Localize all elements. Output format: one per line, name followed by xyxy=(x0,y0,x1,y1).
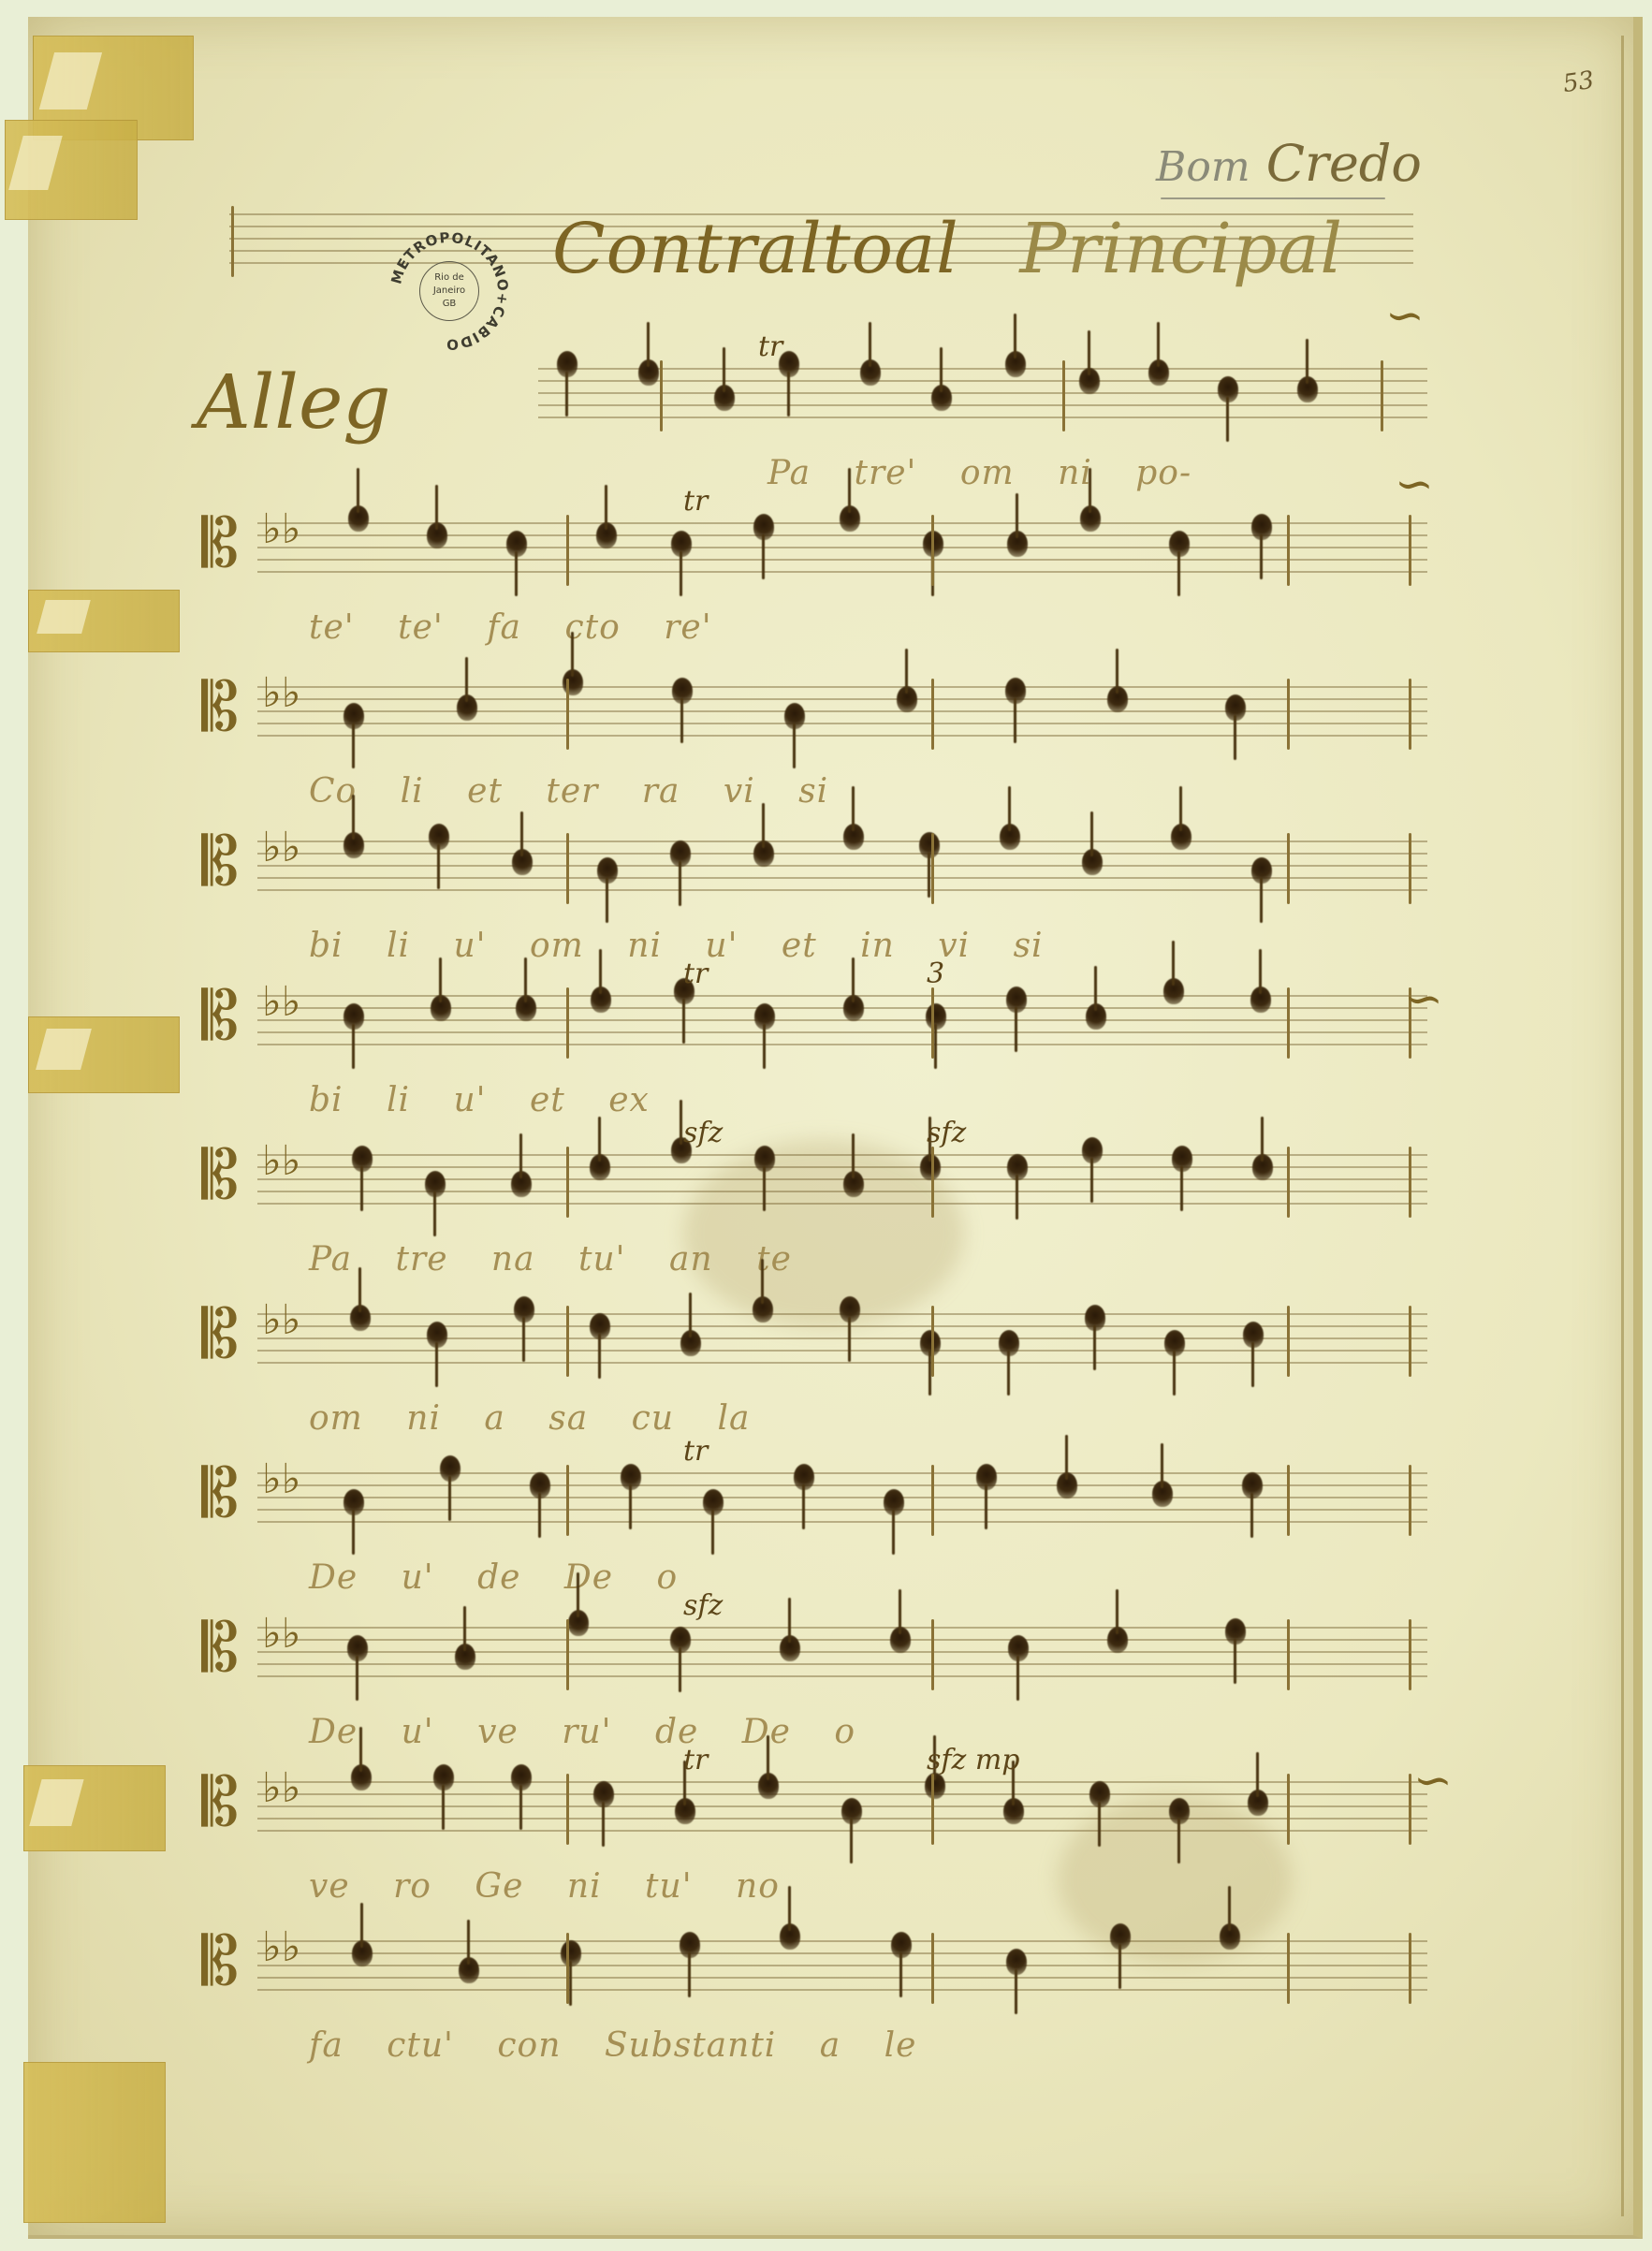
note-head xyxy=(670,1627,691,1653)
lyrics-line-5: bi li u' et ex xyxy=(309,1081,1432,1119)
bar-line xyxy=(1381,360,1383,431)
bar-line xyxy=(566,987,569,1059)
note-head xyxy=(1085,1305,1105,1331)
tape-strip-3 xyxy=(28,1016,180,1093)
bar-line xyxy=(931,1774,934,1845)
note-head xyxy=(753,840,774,867)
note-head xyxy=(1082,849,1103,875)
note-head xyxy=(891,1932,912,1958)
note-head xyxy=(753,1296,773,1323)
note-head xyxy=(1079,368,1100,394)
note-head xyxy=(425,1171,446,1197)
clef-icon: 𝄡 xyxy=(201,1922,239,2002)
music-staff-9: 𝄡♭♭ xyxy=(257,1627,1427,1679)
continuation-mark: ∽ xyxy=(1385,288,1425,343)
note-head xyxy=(1218,376,1238,402)
note-head xyxy=(597,857,618,884)
note-head xyxy=(675,1798,695,1824)
music-staff-4: 𝄡♭♭ xyxy=(257,840,1427,893)
note-head xyxy=(1251,514,1272,540)
note-head xyxy=(926,1003,946,1030)
clef-icon: 𝄡 xyxy=(201,1762,239,1843)
bar-line xyxy=(1409,1774,1411,1845)
bar-line xyxy=(566,679,569,750)
clef-icon: 𝄡 xyxy=(201,1608,239,1688)
key-signature-flats: ♭♭ xyxy=(262,1296,301,1344)
note-head xyxy=(455,1644,475,1670)
note-head xyxy=(1005,678,1026,704)
note-head xyxy=(440,1455,461,1482)
note-head xyxy=(1008,1635,1029,1661)
clef-icon: 𝄡 xyxy=(201,976,239,1057)
bar-line xyxy=(1409,1306,1411,1377)
note-head xyxy=(843,995,864,1021)
lyrics-line-8: De u' de De o xyxy=(309,1558,1432,1597)
bar-line xyxy=(566,1465,569,1536)
note-head xyxy=(352,1146,373,1172)
stamp-line: Janeiro xyxy=(420,285,478,298)
note-head xyxy=(843,1171,864,1197)
key-signature-flats: ♭♭ xyxy=(262,1764,301,1812)
note-head xyxy=(1152,1481,1173,1507)
clef-icon: 𝄡 xyxy=(201,504,239,584)
lyrics-line-11: fa ctu' con Substanti a le xyxy=(309,2026,1432,2065)
note-head xyxy=(1007,1154,1028,1180)
note-head xyxy=(516,995,536,1021)
note-head xyxy=(1057,1472,1077,1498)
performance-marking: sfz mp xyxy=(927,1744,1020,1776)
note-head xyxy=(457,694,477,721)
performance-marking: tr xyxy=(683,485,708,518)
note-head xyxy=(459,1957,479,1983)
note-head xyxy=(1107,686,1128,712)
note-head xyxy=(350,1305,371,1331)
note-head xyxy=(1089,1781,1110,1807)
note-head xyxy=(561,1940,581,1966)
tape-strip-top-2 xyxy=(5,120,138,220)
bar-line xyxy=(1409,1619,1411,1690)
work-title-main: Credo xyxy=(1266,134,1422,193)
note-head xyxy=(794,1464,814,1490)
performance-marking: sfz xyxy=(683,1589,723,1622)
note-head xyxy=(344,703,364,729)
note-head xyxy=(511,1764,532,1791)
part-title-secondary: Principal xyxy=(1019,209,1343,289)
note-head xyxy=(1000,824,1020,850)
bar-line xyxy=(931,1619,934,1690)
performance-marking: sfz xyxy=(927,1117,966,1149)
manuscript-page: 53 Bom Credo Contraltoal Principal METRO… xyxy=(28,17,1643,2239)
stamp-line: GB xyxy=(420,298,478,311)
key-signature-flats: ♭♭ xyxy=(262,505,301,553)
bar-line xyxy=(1287,1306,1290,1377)
bar-line xyxy=(1287,833,1290,904)
note-head xyxy=(351,1764,372,1791)
lyrics-line-10: ve ro Ge ni tu' no xyxy=(309,1867,1432,1906)
tape-strip-5 xyxy=(23,2062,166,2223)
bar-line xyxy=(931,515,934,586)
continuation-mark: ∽ xyxy=(1413,1753,1453,1807)
page-number: 53 xyxy=(1561,66,1596,98)
stamp-center: Rio de Janeiro GB xyxy=(419,261,479,321)
bar-line xyxy=(1287,679,1290,750)
note-head xyxy=(590,1154,610,1180)
bar-line xyxy=(1287,1619,1290,1690)
bar-line xyxy=(931,833,934,904)
bar-line xyxy=(1287,1774,1290,1845)
work-title: Bom Credo xyxy=(1156,134,1422,193)
performance-marking: 3 xyxy=(927,957,944,990)
bar-line xyxy=(1409,1465,1411,1536)
note-head xyxy=(999,1330,1019,1356)
note-head xyxy=(344,1003,364,1030)
note-head xyxy=(568,1610,589,1636)
note-head xyxy=(1003,1798,1024,1824)
lyrics-line-6: Pa tre na tu' an te xyxy=(309,1240,1432,1279)
note-head xyxy=(703,1489,724,1515)
continuation-mark: ∽ xyxy=(1395,457,1434,511)
part-title-main: Contraltoal xyxy=(552,209,959,289)
bar-line xyxy=(1287,515,1290,586)
note-head xyxy=(512,849,533,875)
bar-line xyxy=(1287,1933,1290,2004)
bar-line xyxy=(566,1147,569,1218)
note-head xyxy=(557,351,577,377)
note-head xyxy=(840,505,860,532)
note-head xyxy=(431,995,451,1021)
note-head xyxy=(427,1322,447,1348)
lyrics-line-4: bi li u' om ni u' et in vi si xyxy=(309,927,1432,965)
music-staff-6: 𝄡♭♭ xyxy=(257,1154,1427,1206)
note-head xyxy=(920,1330,941,1356)
bar-line xyxy=(1409,679,1411,750)
bar-line xyxy=(931,679,934,750)
lyrics-line-7: om ni a sa cu la xyxy=(309,1399,1432,1438)
performance-marking: tr xyxy=(683,957,708,990)
note-head xyxy=(1225,694,1246,721)
note-head xyxy=(753,514,774,540)
note-head xyxy=(348,505,369,532)
note-head xyxy=(897,686,917,712)
library-stamp: METROPOLITANO+CABIDO Rio de Janeiro GB xyxy=(388,230,510,352)
note-head xyxy=(1007,531,1028,557)
note-head xyxy=(780,1923,800,1950)
note-head xyxy=(1110,1923,1131,1950)
bar-line xyxy=(566,1619,569,1690)
bar-line xyxy=(566,1774,569,1845)
note-head xyxy=(1163,978,1184,1004)
note-head xyxy=(1171,824,1191,850)
key-signature-flats: ♭♭ xyxy=(262,1610,301,1658)
note-head xyxy=(1005,351,1026,377)
lyrics-line-3: Co li et ter ra vi si xyxy=(309,772,1432,811)
performance-marking: sfz xyxy=(683,1117,723,1149)
bar-line xyxy=(1409,515,1411,586)
key-signature-flats: ♭♭ xyxy=(262,978,301,1026)
performance-marking: tr xyxy=(683,1744,708,1776)
note-head xyxy=(344,832,364,858)
note-head xyxy=(780,1635,800,1661)
note-head xyxy=(1169,531,1190,557)
continuation-mark: ∽ xyxy=(1404,972,1443,1026)
key-signature-flats: ♭♭ xyxy=(262,1923,301,1971)
note-head xyxy=(860,359,881,386)
note-head xyxy=(1225,1618,1246,1644)
note-head xyxy=(714,385,735,411)
music-staff-10: 𝄡♭♭ xyxy=(257,1781,1427,1834)
note-head xyxy=(596,522,617,548)
note-head xyxy=(680,1932,700,1958)
note-head xyxy=(840,1296,860,1323)
performance-marking: tr xyxy=(683,1435,708,1468)
bar-line xyxy=(1409,1933,1411,2004)
note-head xyxy=(1006,987,1027,1013)
note-head xyxy=(680,1330,701,1356)
note-head xyxy=(841,1798,862,1824)
key-signature-flats: ♭♭ xyxy=(262,669,301,717)
note-head xyxy=(884,1489,904,1515)
bar-line xyxy=(931,1147,934,1218)
note-head xyxy=(1107,1627,1128,1653)
note-head xyxy=(427,522,447,548)
note-head xyxy=(1251,857,1272,884)
music-staff-1 xyxy=(538,368,1427,420)
note-head xyxy=(591,987,611,1013)
note-head xyxy=(1006,1949,1027,1975)
lyrics-line-2: te' te' fa cto re' xyxy=(309,608,1432,647)
clef-icon: 𝄡 xyxy=(201,1135,239,1216)
bar-line xyxy=(1062,360,1065,431)
tape-strip-2 xyxy=(28,590,180,652)
clef-icon: 𝄡 xyxy=(201,1294,239,1375)
note-head xyxy=(1080,505,1101,532)
clef-icon: 𝄡 xyxy=(201,822,239,902)
note-head xyxy=(1169,1798,1190,1824)
note-head xyxy=(784,703,805,729)
note-head xyxy=(506,531,527,557)
music-staff-8: 𝄡♭♭ xyxy=(257,1472,1427,1525)
note-head xyxy=(638,359,659,386)
bar-line xyxy=(566,515,569,586)
bar-line xyxy=(1287,1465,1290,1536)
note-head xyxy=(1252,1154,1273,1180)
note-head xyxy=(1297,376,1318,402)
music-staff-5: 𝄡♭♭ xyxy=(257,995,1427,1047)
bar-line xyxy=(931,987,934,1059)
note-head xyxy=(890,1627,911,1653)
note-head xyxy=(1172,1146,1192,1172)
title-underline xyxy=(1161,197,1385,199)
note-head xyxy=(590,1313,610,1339)
bar-line xyxy=(1409,833,1411,904)
note-head xyxy=(1164,1330,1185,1356)
note-head xyxy=(1243,1322,1264,1348)
lyrics-line-1: Pa tre' om ni po- xyxy=(768,454,1652,492)
note-head xyxy=(919,832,940,858)
tape-strip-4 xyxy=(23,1765,166,1851)
note-head xyxy=(621,1464,641,1490)
note-head xyxy=(530,1472,550,1498)
note-head xyxy=(1248,1790,1268,1816)
bar-line xyxy=(1409,1147,1411,1218)
note-head xyxy=(433,1764,454,1791)
bar-line xyxy=(931,1306,934,1377)
key-signature-flats: ♭♭ xyxy=(262,824,301,871)
note-head xyxy=(1148,359,1169,386)
note-head xyxy=(593,1781,614,1807)
note-head xyxy=(1250,987,1271,1013)
note-head xyxy=(931,385,952,411)
note-head xyxy=(670,840,691,867)
note-head xyxy=(429,824,449,850)
bar-line xyxy=(566,1933,569,2004)
tempo-marking: Alleg xyxy=(197,358,391,446)
bar-line xyxy=(931,1465,934,1536)
bar-line xyxy=(1287,1147,1290,1218)
note-head xyxy=(754,1146,775,1172)
note-head xyxy=(344,1489,364,1515)
part-title: Contraltoal Principal xyxy=(552,209,1343,289)
note-head xyxy=(671,531,692,557)
note-head xyxy=(976,1464,997,1490)
note-head xyxy=(754,1003,775,1030)
key-signature-flats: ♭♭ xyxy=(262,1455,301,1503)
stamp-line: Rio de xyxy=(420,271,478,285)
note-head xyxy=(925,1773,945,1799)
note-head xyxy=(511,1171,532,1197)
note-head xyxy=(758,1773,779,1799)
note-head xyxy=(672,678,693,704)
note-head xyxy=(1086,1003,1106,1030)
note-head xyxy=(843,824,864,850)
clef-icon: 𝄡 xyxy=(201,1454,239,1534)
music-staff-3: 𝄡♭♭ xyxy=(257,686,1427,738)
music-staff-2: 𝄡♭♭ xyxy=(257,522,1427,575)
clef-icon: 𝄡 xyxy=(201,667,239,748)
bar-line xyxy=(566,833,569,904)
note-head xyxy=(347,1635,368,1661)
note-head xyxy=(1220,1923,1240,1950)
note-head xyxy=(1082,1137,1103,1163)
lyrics-line-9: De u' ve ru' de De o xyxy=(309,1713,1432,1751)
bar-line xyxy=(1287,987,1290,1059)
note-head xyxy=(352,1940,373,1966)
work-title-prefix: Bom xyxy=(1156,143,1250,191)
bar-line xyxy=(931,1933,934,2004)
music-staff-11: 𝄡♭♭ xyxy=(257,1940,1427,1993)
note-head xyxy=(514,1296,534,1323)
performance-marking: tr xyxy=(758,330,782,363)
music-staff-7: 𝄡♭♭ xyxy=(257,1313,1427,1366)
bar-line xyxy=(660,360,663,431)
key-signature-flats: ♭♭ xyxy=(262,1137,301,1185)
note-head xyxy=(1242,1472,1263,1498)
bar-line xyxy=(566,1306,569,1377)
